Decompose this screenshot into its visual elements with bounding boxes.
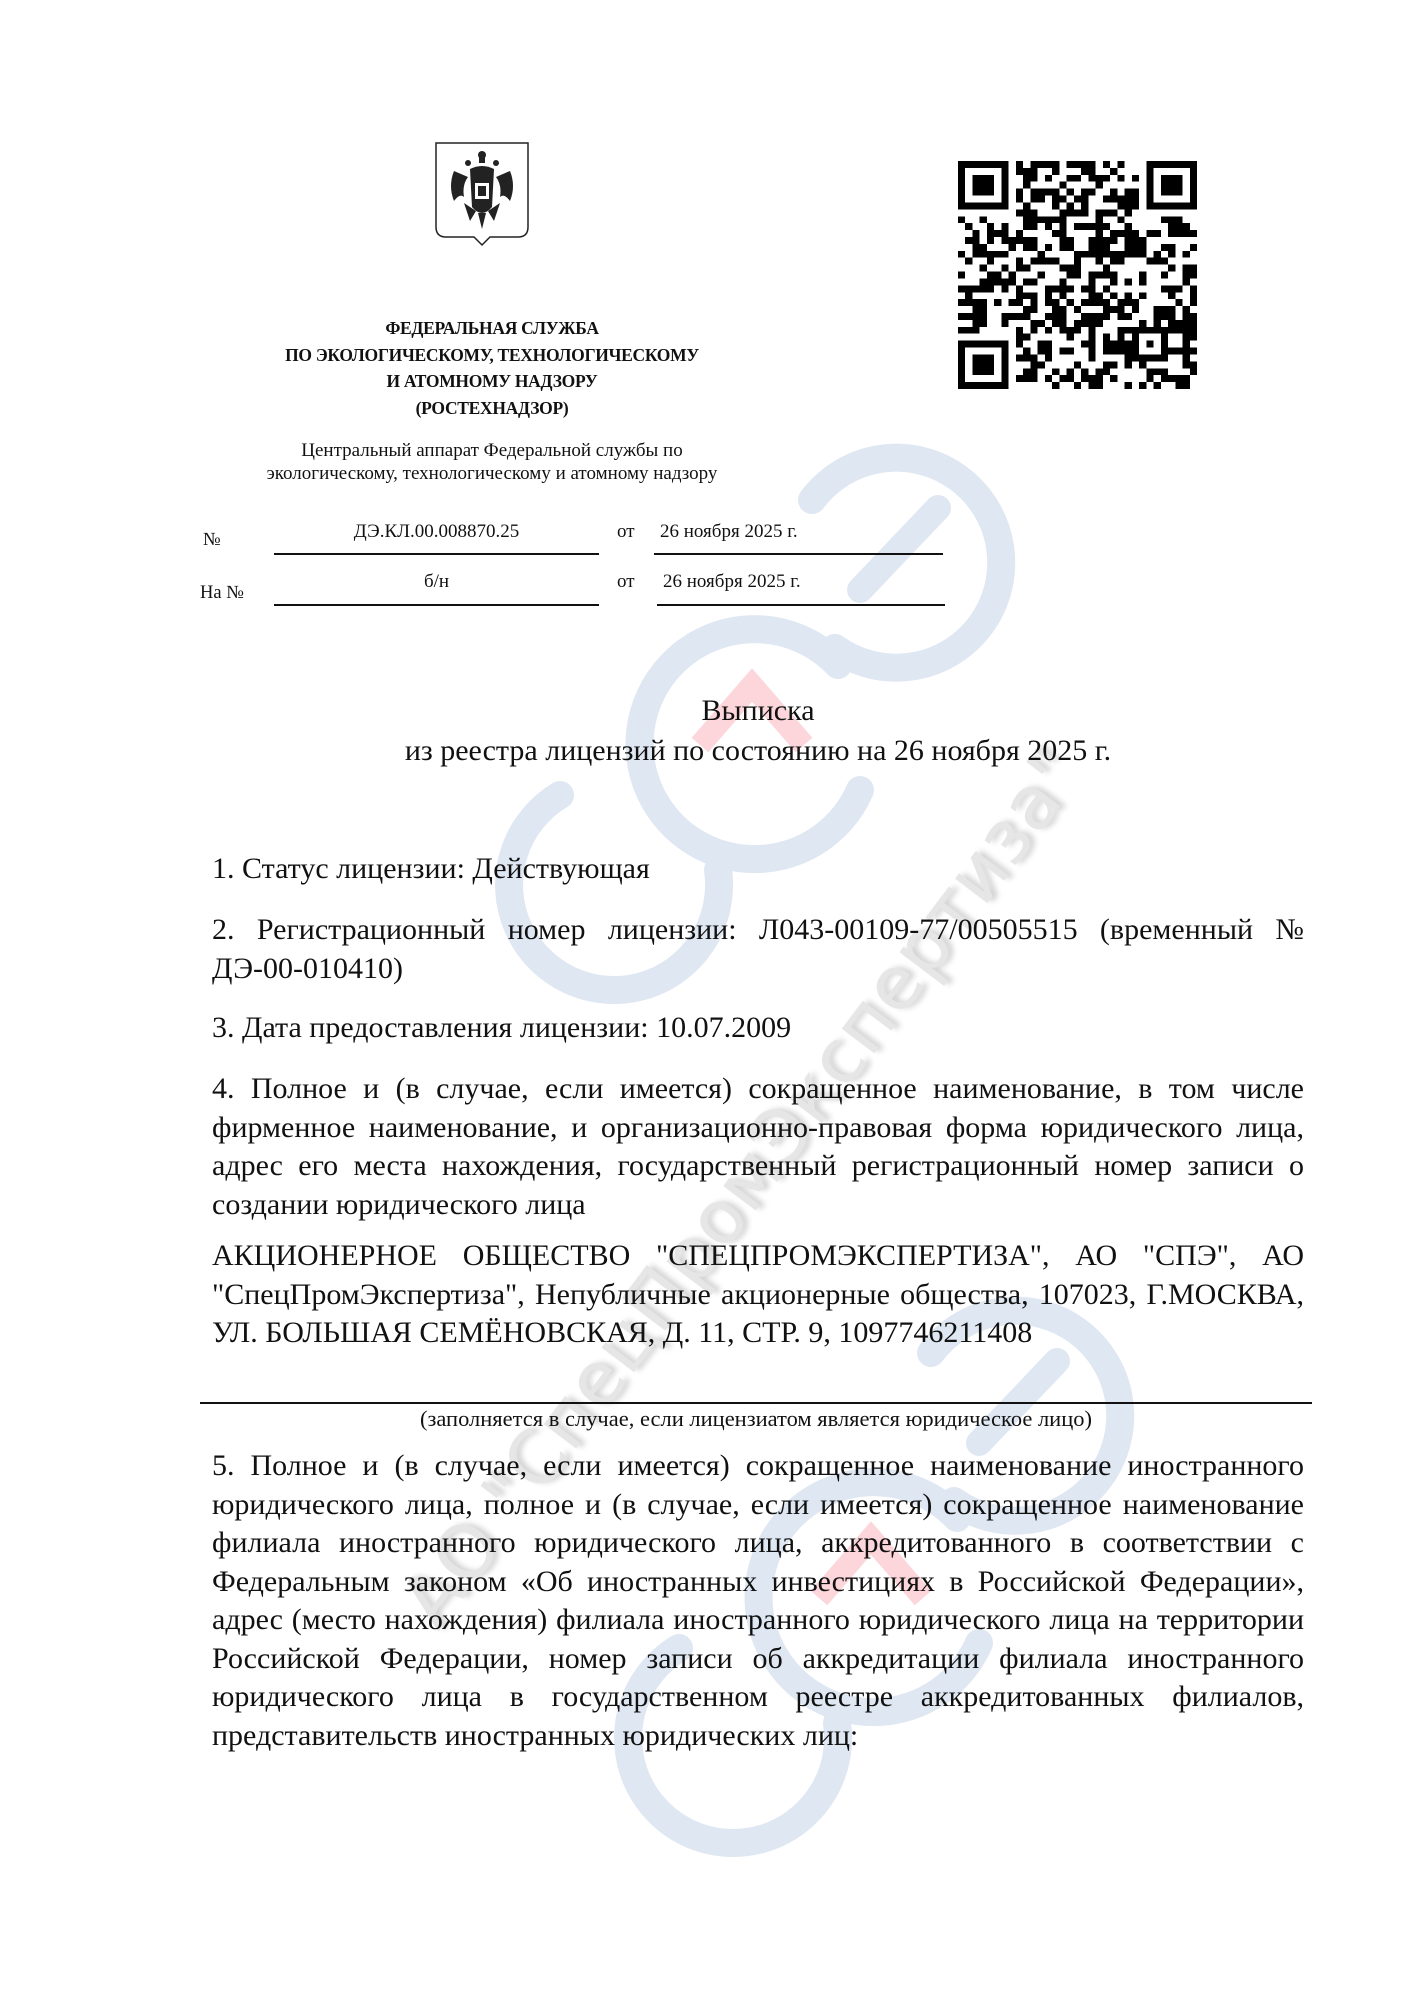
reply-date: 26 ноября 2025 г. xyxy=(663,571,801,593)
agency-line: (РОСТЕХНАДЗОР) xyxy=(230,395,754,422)
reply-number: б/н xyxy=(274,571,599,593)
item-text: 2. Регистрационный номер лицензии: Л043-… xyxy=(212,911,1304,988)
reply-from-label: от xyxy=(617,571,635,593)
item-text: 3. Дата предоставления лицензии: 10.07.2… xyxy=(212,1009,1304,1048)
date-underline xyxy=(654,553,943,555)
legal-entity-value: АКЦИОНЕРНОЕ ОБЩЕСТВО "СПЕЦПРОМЭКСПЕРТИЗА… xyxy=(212,1237,1304,1353)
agency-line: ФЕДЕРАЛЬНАЯ СЛУЖБА xyxy=(230,315,754,342)
item-license-status: 1. Статус лицензии: Действующая xyxy=(212,850,1304,889)
subdivision-line: экологическому, технологическому и атомн… xyxy=(220,462,764,485)
subdivision-line: Центральный аппарат Федеральной службы п… xyxy=(220,439,764,462)
reply-number-label: На № xyxy=(200,583,244,604)
item-text: 4. Полное и (в случае, если имеется) сок… xyxy=(212,1070,1304,1224)
document-date: 26 ноября 2025 г. xyxy=(660,521,798,543)
item-foreign-entity: 5. Полное и (в случае, если имеется) сок… xyxy=(212,1447,1304,1755)
value-underline xyxy=(200,1402,1312,1404)
russian-coat-of-arms-icon xyxy=(434,141,530,247)
agency-subdivision: Центральный аппарат Федеральной службы п… xyxy=(220,439,764,485)
document-number: ДЭ.КЛ.00.008870.25 xyxy=(274,521,599,543)
number-label: № xyxy=(203,530,221,551)
item-registration-number: 2. Регистрационный номер лицензии: Л043-… xyxy=(212,911,1304,988)
value-caption: (заполняется в случае, если лицензиатом … xyxy=(200,1406,1312,1432)
agency-name: ФЕДЕРАЛЬНАЯ СЛУЖБА ПО ЭКОЛОГИЧЕСКОМУ, ТЕ… xyxy=(230,315,754,421)
document-subtitle: из реестра лицензий по состоянию на 26 н… xyxy=(0,734,1414,768)
agency-line: И АТОМНОМУ НАДЗОРУ xyxy=(230,368,754,395)
item-legal-entity-description: 4. Полное и (в случае, если имеется) сок… xyxy=(212,1070,1304,1224)
item-issue-date: 3. Дата предоставления лицензии: 10.07.2… xyxy=(212,1009,1304,1048)
item-text: 1. Статус лицензии: Действующая xyxy=(212,850,1304,889)
item-text: 5. Полное и (в случае, если имеется) сок… xyxy=(212,1447,1304,1755)
document-title: Выписка xyxy=(0,694,1414,728)
agency-line: ПО ЭКОЛОГИЧЕСКОМУ, ТЕХНОЛОГИЧЕСКОМУ xyxy=(230,342,754,369)
item-legal-entity-value: АКЦИОНЕРНОЕ ОБЩЕСТВО "СПЕЦПРОМЭКСПЕРТИЗА… xyxy=(212,1237,1304,1353)
qr-code-icon[interactable] xyxy=(958,161,1197,389)
reply-number-underline xyxy=(274,604,599,606)
number-underline xyxy=(274,553,599,555)
reply-date-underline xyxy=(657,604,945,606)
from-label: от xyxy=(617,521,635,543)
